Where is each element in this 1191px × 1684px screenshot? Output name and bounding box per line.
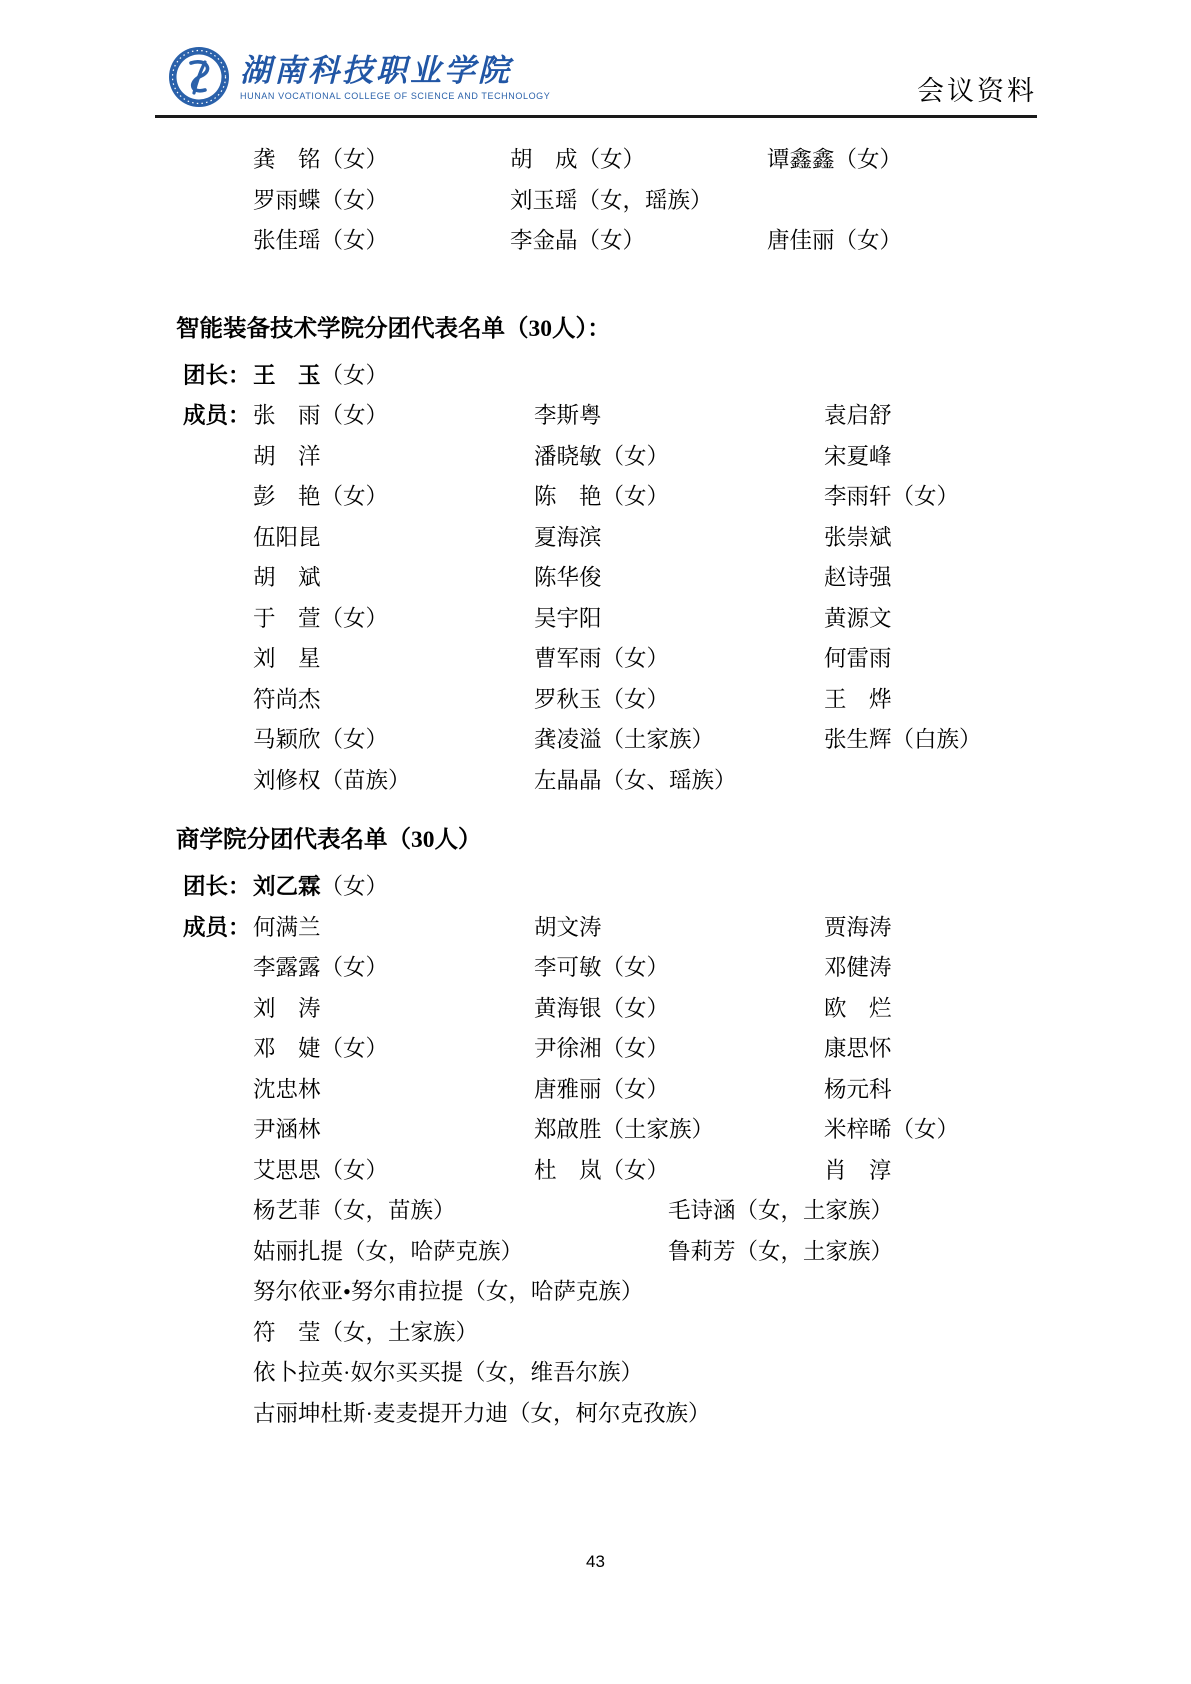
delegate-name: 刘修权（苗族） [253, 761, 534, 802]
college-name-block: 湖南科技职业学院 HUNAN VOCATIONAL COLLEGE OF SCI… [240, 54, 550, 101]
name-row: 龚 铭（女）胡 成（女）谭鑫鑫（女） [183, 140, 1131, 181]
delegate-name: 欧 烂 [824, 989, 892, 1030]
delegate-name: 努尔依亚•努尔甫拉提（女，哈萨克族） [253, 1272, 643, 1313]
continuation-name-list: 龚 铭（女）胡 成（女）谭鑫鑫（女）罗雨蝶（女）刘玉瑶（女，瑶族）张佳瑶（女）李… [183, 140, 1131, 262]
name-row: 李露露（女）李可敏（女）邓健涛 [183, 948, 1131, 989]
delegate-name: 尹涵林 [253, 1110, 534, 1151]
delegate-name: 米梓晞（女） [824, 1110, 959, 1151]
name-row: 成员：张 雨（女）李斯粤袁启舒 [183, 396, 1131, 437]
delegate-name: 杨元科 [824, 1070, 892, 1111]
delegate-name: 何满兰 [253, 908, 534, 949]
delegate-name: 贾海涛 [824, 908, 892, 949]
row-label-spacer [183, 1394, 253, 1435]
row-label-spacer [183, 518, 253, 559]
row-label-spacer [183, 1110, 253, 1151]
delegate-name: 唐雅丽（女） [534, 1070, 824, 1111]
name-row: 努尔依亚•努尔甫拉提（女，哈萨克族） [183, 1272, 1131, 1313]
leader-gender-suffix: （女） [321, 867, 389, 908]
delegate-name: 伍阳昆 [253, 518, 534, 559]
delegate-name: 胡 斌 [253, 558, 534, 599]
delegate-name: 马颖欣（女） [253, 720, 534, 761]
college-brand: 湖南科技职业学院 HUNAN VOCATIONAL COLLEGE OF SCI… [168, 46, 550, 108]
row-label-spacer [183, 720, 253, 761]
delegate-name: 夏海滨 [534, 518, 824, 559]
row-label-spacer [183, 989, 253, 1030]
delegate-name: 古丽坤杜斯·麦麦提开力迪（女，柯尔克孜族） [253, 1394, 711, 1435]
delegate-name: 张崇斌 [824, 518, 892, 559]
members-label: 成员： [183, 396, 253, 437]
row-label-spacer [183, 1029, 253, 1070]
delegate-name: 沈忠林 [253, 1070, 534, 1111]
delegate-name: 康思怀 [824, 1029, 892, 1070]
delegate-name: 罗秋玉（女） [534, 680, 824, 721]
leader-label: 团长： [183, 867, 253, 908]
delegate-name: 刘 涛 [253, 989, 534, 1030]
delegate-name: 曹军雨（女） [534, 639, 824, 680]
row-label-spacer [183, 1313, 253, 1354]
delegate-section: 商学院分团代表名单（30人）团长：刘乙霖（女）成员：何满兰胡文涛贾海涛李露露（女… [183, 820, 1131, 1434]
college-seal-icon [168, 46, 230, 108]
delegate-name: 宋夏峰 [824, 437, 892, 478]
delegate-name: 黄源文 [824, 599, 892, 640]
name-row: 古丽坤杜斯·麦麦提开力迪（女，柯尔克孜族） [183, 1394, 1131, 1435]
section-heading: 商学院分团代表名单（30人） [176, 820, 1131, 860]
row-label-spacer [183, 437, 253, 478]
name-row: 刘 星曹军雨（女）何雷雨 [183, 639, 1131, 680]
row-label-spacer [183, 1151, 253, 1192]
row-label-spacer [183, 1272, 253, 1313]
delegate-name: 符 莹（女，土家族） [253, 1313, 534, 1354]
row-label-spacer [183, 1070, 253, 1111]
delegate-name: 刘 星 [253, 639, 534, 680]
delegate-name: 龚凌溢（土家族） [534, 720, 824, 761]
delegate-name: 唐佳丽（女） [767, 221, 902, 262]
delegate-name: 毛诗涵（女，土家族） [668, 1191, 958, 1232]
page-number: 43 [0, 1552, 1191, 1572]
row-label-spacer [183, 221, 253, 262]
delegate-name: 邓健涛 [824, 948, 892, 989]
delegate-name: 李雨轩（女） [824, 477, 959, 518]
name-row: 姑丽扎提（女，哈萨克族）鲁莉芳（女，土家族） [183, 1232, 1131, 1273]
delegate-name: 刘玉瑶（女，瑶族） [510, 181, 767, 222]
delegate-name: 杜 岚（女） [534, 1151, 824, 1192]
name-row: 伍阳昆夏海滨张崇斌 [183, 518, 1131, 559]
name-row: 马颖欣（女）龚凌溢（土家族）张生辉（白族） [183, 720, 1131, 761]
name-row: 杨艺菲（女，苗族）毛诗涵（女，土家族） [183, 1191, 1131, 1232]
header-divider [155, 115, 1037, 118]
delegate-name: 邓 婕（女） [253, 1029, 534, 1070]
delegate-name: 郑啟胜（土家族） [534, 1110, 824, 1151]
row-label-spacer [183, 181, 253, 222]
delegate-name: 李可敏（女） [534, 948, 824, 989]
delegate-name: 于 萱（女） [253, 599, 534, 640]
name-row: 刘修权（苗族）左晶晶（女、瑶族） [183, 761, 1131, 802]
delegate-name: 鲁莉芳（女，土家族） [668, 1232, 958, 1273]
delegate-name: 赵诗强 [824, 558, 892, 599]
delegate-name: 胡 成（女） [510, 140, 767, 181]
delegate-name: 李露露（女） [253, 948, 534, 989]
name-row: 刘 涛黄海银（女）欧 烂 [183, 989, 1131, 1030]
page-header: 湖南科技职业学院 HUNAN VOCATIONAL COLLEGE OF SCI… [168, 40, 1037, 108]
delegate-name: 潘晓敏（女） [534, 437, 824, 478]
delegate-name: 陈华俊 [534, 558, 824, 599]
row-label-spacer [183, 680, 253, 721]
delegate-name: 艾思思（女） [253, 1151, 534, 1192]
delegate-name: 吴宇阳 [534, 599, 824, 640]
delegate-name: 杨艺菲（女，苗族） [253, 1191, 668, 1232]
delegate-name: 胡 洋 [253, 437, 534, 478]
delegate-name: 尹徐湘（女） [534, 1029, 824, 1070]
row-label-spacer [183, 599, 253, 640]
name-row: 邓 婕（女）尹徐湘（女）康思怀 [183, 1029, 1131, 1070]
delegate-name: 李金晶（女） [510, 221, 767, 262]
leader-label: 团长： [183, 356, 253, 397]
delegate-name: 李斯粤 [534, 396, 824, 437]
college-name-cn: 湖南科技职业学院 [240, 54, 550, 88]
delegate-name: 左晶晶（女、瑶族） [534, 761, 824, 802]
delegate-name: 陈 艳（女） [534, 477, 824, 518]
delegate-name: 王 烨 [824, 680, 892, 721]
delegate-name: 何雷雨 [824, 639, 892, 680]
delegate-name: 肖 淳 [824, 1151, 892, 1192]
name-row: 符 莹（女，土家族） [183, 1313, 1131, 1354]
name-row: 彭 艳（女）陈 艳（女）李雨轩（女） [183, 477, 1131, 518]
row-label-spacer [183, 140, 253, 181]
college-name-en: HUNAN VOCATIONAL COLLEGE OF SCIENCE AND … [240, 91, 550, 101]
leader-name: 刘乙霖 [253, 867, 321, 908]
delegate-sections: 智能装备技术学院分团代表名单（30人）：团长：王 玉（女）成员：张 雨（女）李斯… [183, 309, 1131, 1435]
name-row: 于 萱（女）吴宇阳黄源文 [183, 599, 1131, 640]
name-row: 沈忠林唐雅丽（女）杨元科 [183, 1070, 1131, 1111]
leader-gender-suffix: （女） [321, 356, 389, 397]
delegate-name: 龚 铭（女） [253, 140, 510, 181]
name-row: 依卜拉英·奴尔买买提（女，维吾尔族） [183, 1353, 1131, 1394]
delegate-name: 张佳瑶（女） [253, 221, 510, 262]
row-label-spacer [183, 761, 253, 802]
row-label-spacer [183, 1353, 253, 1394]
name-row: 符尚杰罗秋玉（女）王 烨 [183, 680, 1131, 721]
delegate-name: 彭 艳（女） [253, 477, 534, 518]
name-row: 成员：何满兰胡文涛贾海涛 [183, 908, 1131, 949]
name-row: 罗雨蝶（女）刘玉瑶（女，瑶族） [183, 181, 1131, 222]
name-row: 胡 洋潘晓敏（女）宋夏峰 [183, 437, 1131, 478]
header-corner-label: 会议资料 [917, 76, 1037, 108]
row-label-spacer [183, 477, 253, 518]
name-row: 尹涵林郑啟胜（土家族）米梓晞（女） [183, 1110, 1131, 1151]
delegate-section: 智能装备技术学院分团代表名单（30人）：团长：王 玉（女）成员：张 雨（女）李斯… [183, 309, 1131, 802]
delegate-name: 张生辉（白族） [824, 720, 982, 761]
row-label-spacer [183, 558, 253, 599]
leader-row: 团长：刘乙霖（女） [183, 867, 1131, 908]
name-row: 张佳瑶（女）李金晶（女）唐佳丽（女） [183, 221, 1131, 262]
row-label-spacer [183, 639, 253, 680]
delegate-name: 姑丽扎提（女，哈萨克族） [253, 1232, 668, 1273]
delegate-name: 黄海银（女） [534, 989, 824, 1030]
delegate-name: 胡文涛 [534, 908, 824, 949]
leader-name: 王 玉 [253, 356, 321, 397]
row-label-spacer [183, 1232, 253, 1273]
row-label-spacer [183, 948, 253, 989]
delegate-name: 张 雨（女） [253, 396, 534, 437]
document-page: 湖南科技职业学院 HUNAN VOCATIONAL COLLEGE OF SCI… [0, 0, 1191, 1684]
members-label: 成员： [183, 908, 253, 949]
delegate-name: 罗雨蝶（女） [253, 181, 510, 222]
row-label-spacer [183, 1191, 253, 1232]
document-body: 龚 铭（女）胡 成（女）谭鑫鑫（女）罗雨蝶（女）刘玉瑶（女，瑶族）张佳瑶（女）李… [183, 128, 1131, 1434]
section-heading: 智能装备技术学院分团代表名单（30人）： [176, 309, 1131, 349]
name-row: 胡 斌陈华俊赵诗强 [183, 558, 1131, 599]
delegate-name: 符尚杰 [253, 680, 534, 721]
delegate-name: 依卜拉英·奴尔买买提（女，维吾尔族） [253, 1353, 643, 1394]
delegate-name: 谭鑫鑫（女） [767, 140, 902, 181]
name-row: 艾思思（女）杜 岚（女）肖 淳 [183, 1151, 1131, 1192]
leader-row: 团长：王 玉（女） [183, 356, 1131, 397]
delegate-name: 袁启舒 [824, 396, 892, 437]
